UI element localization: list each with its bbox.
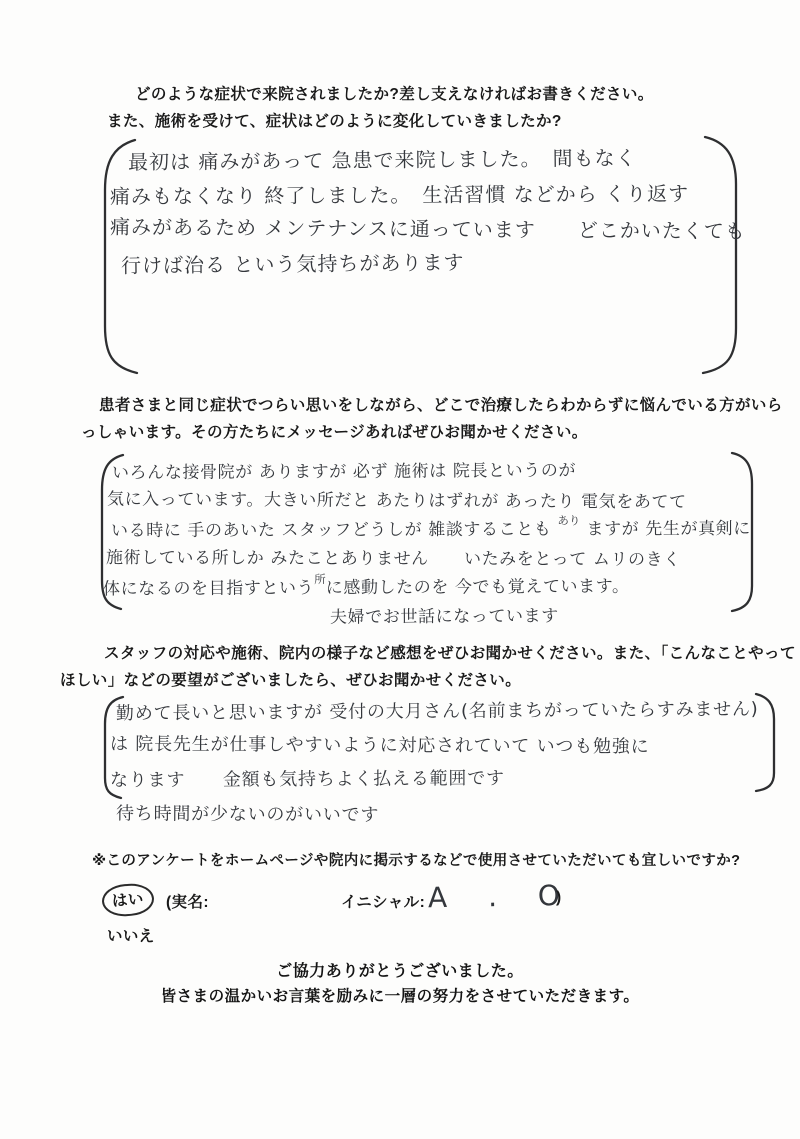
- question1-line1: どのような症状で来院されましたか?差し支えなければお書きください。: [135, 82, 654, 104]
- answer1-line3: 痛みがあるため メンテナンスに通っています どこかいたくても: [110, 211, 746, 244]
- yes-label: はい: [111, 891, 144, 910]
- answer2-line2: 気に入っています。大きい所だと あたりはずれが あったり 電気をあてて: [107, 484, 687, 512]
- answer2-line1: いろんな接骨院が ありますが 必ず 施術は 院長というのが: [112, 456, 576, 483]
- answer1-bracket-right-stroke: [698, 132, 744, 378]
- answer3-line1: 勤めて長いと思いますが 受付の大月さん(名前まちがっていたらすみません): [116, 695, 759, 725]
- yes-option: はい: [102, 884, 154, 916]
- question3-line1: スタッフの対応や施術、院内の様子など感想をぜひお聞かせください。また、「こんなこ…: [104, 641, 796, 663]
- answer2-line4: 施術している所しか みたことありません いたみをとって ムリのきく: [106, 543, 681, 570]
- answer2-line5-post: に感動したのを 今でも覚えています。: [326, 577, 630, 599]
- initial-label: イニシャル:: [341, 890, 425, 912]
- answer2-line3-pre: いる時に 手のあいた スタッフどうしが 雑談することも: [111, 520, 557, 542]
- initial-value-handwritten: A . O: [428, 879, 576, 915]
- footer-thanks-line2: 皆さまの温かいお言葉を励みに一層の努力をさせていただきます。: [0, 984, 800, 1006]
- answer3-line4: 待ち時間が少ないのがいいです: [116, 799, 379, 826]
- answer2-line6: 夫婦でお世話になっています: [330, 601, 559, 628]
- answer2-line5-pre: 体になるのを目指すという: [103, 578, 314, 599]
- realname-label: (実名:: [166, 890, 209, 912]
- answer1-line4: 行けば治る という気持ちがあります: [121, 246, 465, 279]
- answer1-line1: 最初は 痛みがあって 急患で来院しました。 間もなく: [128, 142, 637, 175]
- answer1-line2: 痛みもなくなり 終了しました。 生活習慣 などから くり返す: [110, 177, 689, 209]
- answer2-line5: 体になるのを目指すという所に感動したのを 今でも覚えています。: [103, 572, 630, 600]
- no-label: いいえ: [107, 924, 155, 946]
- question2-line2: っしゃいます。その方たちにメッセージあればぜひお聞かせください。: [81, 420, 588, 442]
- permission-note: ※このアンケートをホームページや院内に掲示するなどで使用させていただいても宜しい…: [92, 849, 740, 870]
- footer-thanks-line1: ご協力ありがとうございました。: [0, 958, 800, 981]
- question2-line1: 患者さまと同じ症状でつらい思いをしながら、どこで治療したらわからずに悩んでいる方…: [99, 393, 783, 415]
- answer2-line5-insert: 所: [314, 572, 326, 586]
- question1-line2: また、施術を受けて、症状はどのように変化していきましたか?: [107, 109, 562, 131]
- answer2-line3-insert: あり: [557, 513, 580, 527]
- paren-close: ): [556, 889, 562, 907]
- survey-page: どのような症状で来院されましたか?差し支えなければお書きください。 また、施術を…: [0, 0, 800, 1139]
- yes-circle-mark: はい: [101, 882, 155, 918]
- question3-line2: ほしい」などの要望がございましたら、ぜひお聞かせください。: [60, 668, 521, 690]
- answer2-line3: いる時に 手のあいた スタッフどうしが 雑談することも あり ますが 先生が真剣…: [111, 514, 751, 541]
- answer2-line3-post: ますが 先生が真剣に: [586, 519, 750, 540]
- answer3-line3: なります 金額も気持ちよく払える範囲です: [110, 764, 505, 792]
- answer3-line2: は 院長先生が仕事しやすいように対応されていて いつも勉強に: [110, 730, 650, 759]
